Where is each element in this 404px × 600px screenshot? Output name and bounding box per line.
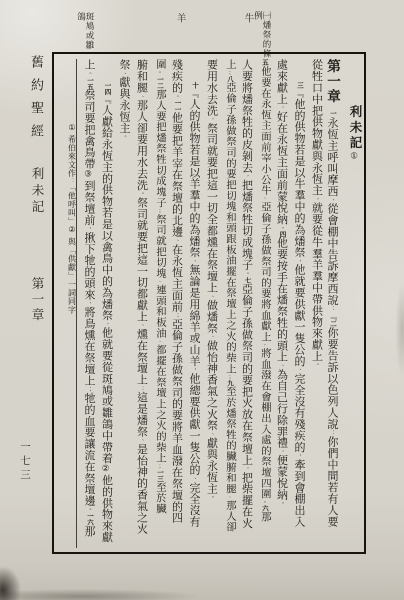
text-column: 一四『人獻給永恆主的供物若是以禽鳥中的為燔祭，他就要從斑鳩或雛鴿中帶着②他的供物…: [94, 59, 112, 548]
scripture-text: 要用水去洗，祭司就要把這一切全都燻在祭壇上、做燔祭、做怡神香氣之火祭、獻與永恆主…: [206, 59, 218, 500]
scripture-text: 他要把羊宰在祭壇的北邊、在永恆主面前；亞倫子孫做祭司的要將羊血潑在祭壇的四: [171, 112, 183, 523]
scripture-text: 祭司要把禽鳥帶: [83, 90, 95, 170]
title-column: 利未記①: [339, 59, 361, 548]
text-column: 殘疾的。一一他要把羊宰在祭壇的北邊、在永恆主面前；亞倫子孫做祭司的要將羊血潑在祭…: [164, 59, 182, 548]
scripture-text: 『他的供物若是以牛羣中的為燔祭，他就要供獻一隻公的、完全沒有殘疾的，牽到會棚出入: [293, 89, 305, 527]
verse-number: 一五: [86, 77, 93, 90]
scripture-text: 他的供物來獻: [101, 474, 113, 542]
page-number: 一七三: [17, 441, 32, 483]
section-label-text: ㈠燔祭的條: [263, 11, 272, 57]
footnote-marker: ②: [68, 225, 77, 235]
text-column: 上。一五祭司要把禽鳥帶③到祭壇前，揪下牠的頭來，將鳥燻在祭壇上；牠的血要讓流在祭…: [77, 59, 95, 548]
scripture-text: 那人要把燔祭牲切成塊子；祭司就把切塊、連頭和板油、都擺在祭壇上之火的柴上；: [154, 89, 165, 469]
footnote-text: 希伯來文作：「他呼叫」: [68, 135, 77, 225]
text-column: 十『人的供物若是以羊羣中的為燔祭、無論是用綿羊或山羊，他總要供獻一隻公的、完全沒…: [182, 59, 200, 548]
scripture-text: 亞倫子孫做祭司的要把火放在祭壇上，把柴擺在火: [241, 283, 253, 529]
book-title: 利未記: [348, 105, 362, 152]
scripture-text: 『人獻給永恆主的供物若是以禽鳥中的為燔祭，他就要從斑鳩或雛鴿中帶着: [101, 95, 113, 464]
scripture-text: 永恆主呼叫摩西，從會棚中告訴摩西說：『: [326, 117, 338, 321]
scripture-text: 上；: [224, 59, 235, 76]
text-column: 要用水去洗，祭司就要把這一切全都燻在祭壇上、做燔祭、做怡神香氣之火祭、獻與永恆主…: [199, 59, 217, 548]
verse-number: 一二: [156, 76, 163, 89]
text-column: 圍。一二那人要把燔祭牲切成塊子；祭司就把切塊、連頭和板油、都擺在祭壇上之火的柴上…: [147, 59, 165, 548]
margin-old-testament-label: 舊約聖經: [27, 55, 46, 147]
scripture-text: 那: [259, 511, 270, 522]
scripture-text: 至於燔祭牲的臟腑和腿、那人卻: [224, 386, 235, 532]
footnote-text: 與「供獻」一詞同字: [68, 237, 77, 314]
footnote-marker: ③: [84, 169, 94, 179]
text-column: 腑和腿、那人卻要用水去洗。祭司就要把這一切都獻上、燻在祭壇上：這是燔祭、是怡神的…: [129, 59, 147, 548]
text-column: 從牲口中把供物獻與永恆主，就要從牛羣羊羣中帶供物來獻上。: [304, 59, 322, 548]
margin-book-label: 利未記: [28, 167, 46, 217]
scripture-text: 那: [83, 525, 95, 536]
scripture-text: 『人的供物若是以羊羣中的為燔祭、無論是用綿羊或山羊，他總要供獻一隻公的、完全沒有: [188, 89, 200, 527]
scripture-columns: 利未記①第一章一永恆主呼叫摩西，從會棚中告訴摩西說：『二你要告訴以色列人說：你們…: [54, 54, 364, 552]
text-column: 處來獻上，好在永恆主面前蒙悅納。四他要按手在燔祭牲的頭上、為自己行除罪禮，便蒙悅…: [269, 59, 287, 548]
footnote-marker: ①: [350, 152, 360, 162]
scripture-text: 他要在永恆主面前宰小公牛，亞倫子孫做祭司的要將血獻上，將血潑在會棚出入處的祭壇四…: [259, 66, 270, 505]
scripture-text: 上。: [83, 59, 95, 77]
footnote-marker: ②: [102, 464, 112, 474]
scripture-text: 至於臟: [154, 482, 165, 514]
scripture-text: 祭、獻與永恆主。: [118, 59, 130, 140]
text-column: 祭、獻與永恆主。: [112, 59, 130, 548]
text-column: 五他要在永恆主面前宰小公牛，亞倫子孫做祭司的要將血獻上，將血潑在會棚出入處的祭壇…: [252, 59, 270, 548]
verse-number: 一: [329, 110, 336, 117]
text-frame-border: 利未記①第一章一永恆主呼叫摩西，從會棚中告訴摩西說：『二你要告訴以色列人說：你們…: [52, 52, 366, 554]
verse-number: 二: [329, 320, 336, 327]
verse-number: 一三: [156, 469, 163, 482]
text-column: 第一章一永恆主呼叫摩西，從會棚中告訴摩西說：『二你要告訴以色列人說：你們中間若有…: [322, 59, 340, 548]
text-column: 人要將燔祭牲的皮剝去，把燔祭牲切成塊子。七亞倫子孫做祭司的要把火放在祭壇上，把柴…: [234, 59, 252, 548]
scripture-text: 圍。: [154, 59, 165, 76]
scripture-text: 你要告訴以色列人說：你們中間若有人要: [326, 327, 338, 527]
verse-number: 一一: [174, 99, 181, 112]
verse-number: 五: [261, 59, 268, 66]
text-column: 上；八亞倫子孫做祭司的要把切塊和頭跟板油擺在祭壇上之火的柴上；九至於燔祭牲的臟腑…: [217, 59, 235, 548]
verse-number: 一六: [86, 512, 93, 525]
footnote-column: ①希伯來文作：「他呼叫」②與「供獻」一詞同字: [57, 59, 77, 548]
scanned-bible-page: ㈠燔祭的條 例 牛 羊 斑鳩或雛 鴿 舊約聖經 利未記 第一章 一七三 利未記①…: [0, 0, 404, 600]
scripture-text: 處來獻上，好在永恆主面前蒙悅納。: [276, 59, 288, 231]
section-label-burnt-offering: ㈠燔祭的條 例: [254, 11, 271, 57]
verse-number: 一四: [104, 82, 111, 95]
scripture-text: 腑和腿、那人卻要用水去洗。祭司就要把這一切都獻上、燻在祭壇上：這是燔祭、是怡神的…: [136, 59, 148, 534]
footnote-marker: ①: [68, 123, 77, 133]
text-column: 三『他的供物若是以牛羣中的為燔祭，他就要供獻一隻公的、完全沒有殘疾的，牽到會棚出…: [287, 59, 305, 548]
scripture-text: 亞倫子孫做祭司的要把切塊和頭跟板油擺在祭壇上之火的柴上；: [224, 82, 235, 380]
margin-chapter-label: 第一章: [28, 277, 46, 324]
scripture-text: 人要將燔祭牲的皮剝去，把燔祭牲切成塊子。: [241, 59, 253, 277]
scripture-text: 到祭壇前，揪下牠的頭來，將鳥燻在祭壇上；牠的血要讓流在祭壇邊。: [83, 180, 95, 512]
scripture-text: 他要按手在燔祭牲的頭上、為自己行除罪禮，便蒙悅納。: [276, 237, 288, 506]
scripture-text: 殘疾的。: [171, 59, 183, 99]
chapter-heading: 第一章: [325, 59, 340, 104]
scripture-text: 從牲口中把供物獻與永恆主，就要從牛羣羊羣中帶供物來獻上。: [311, 59, 323, 368]
